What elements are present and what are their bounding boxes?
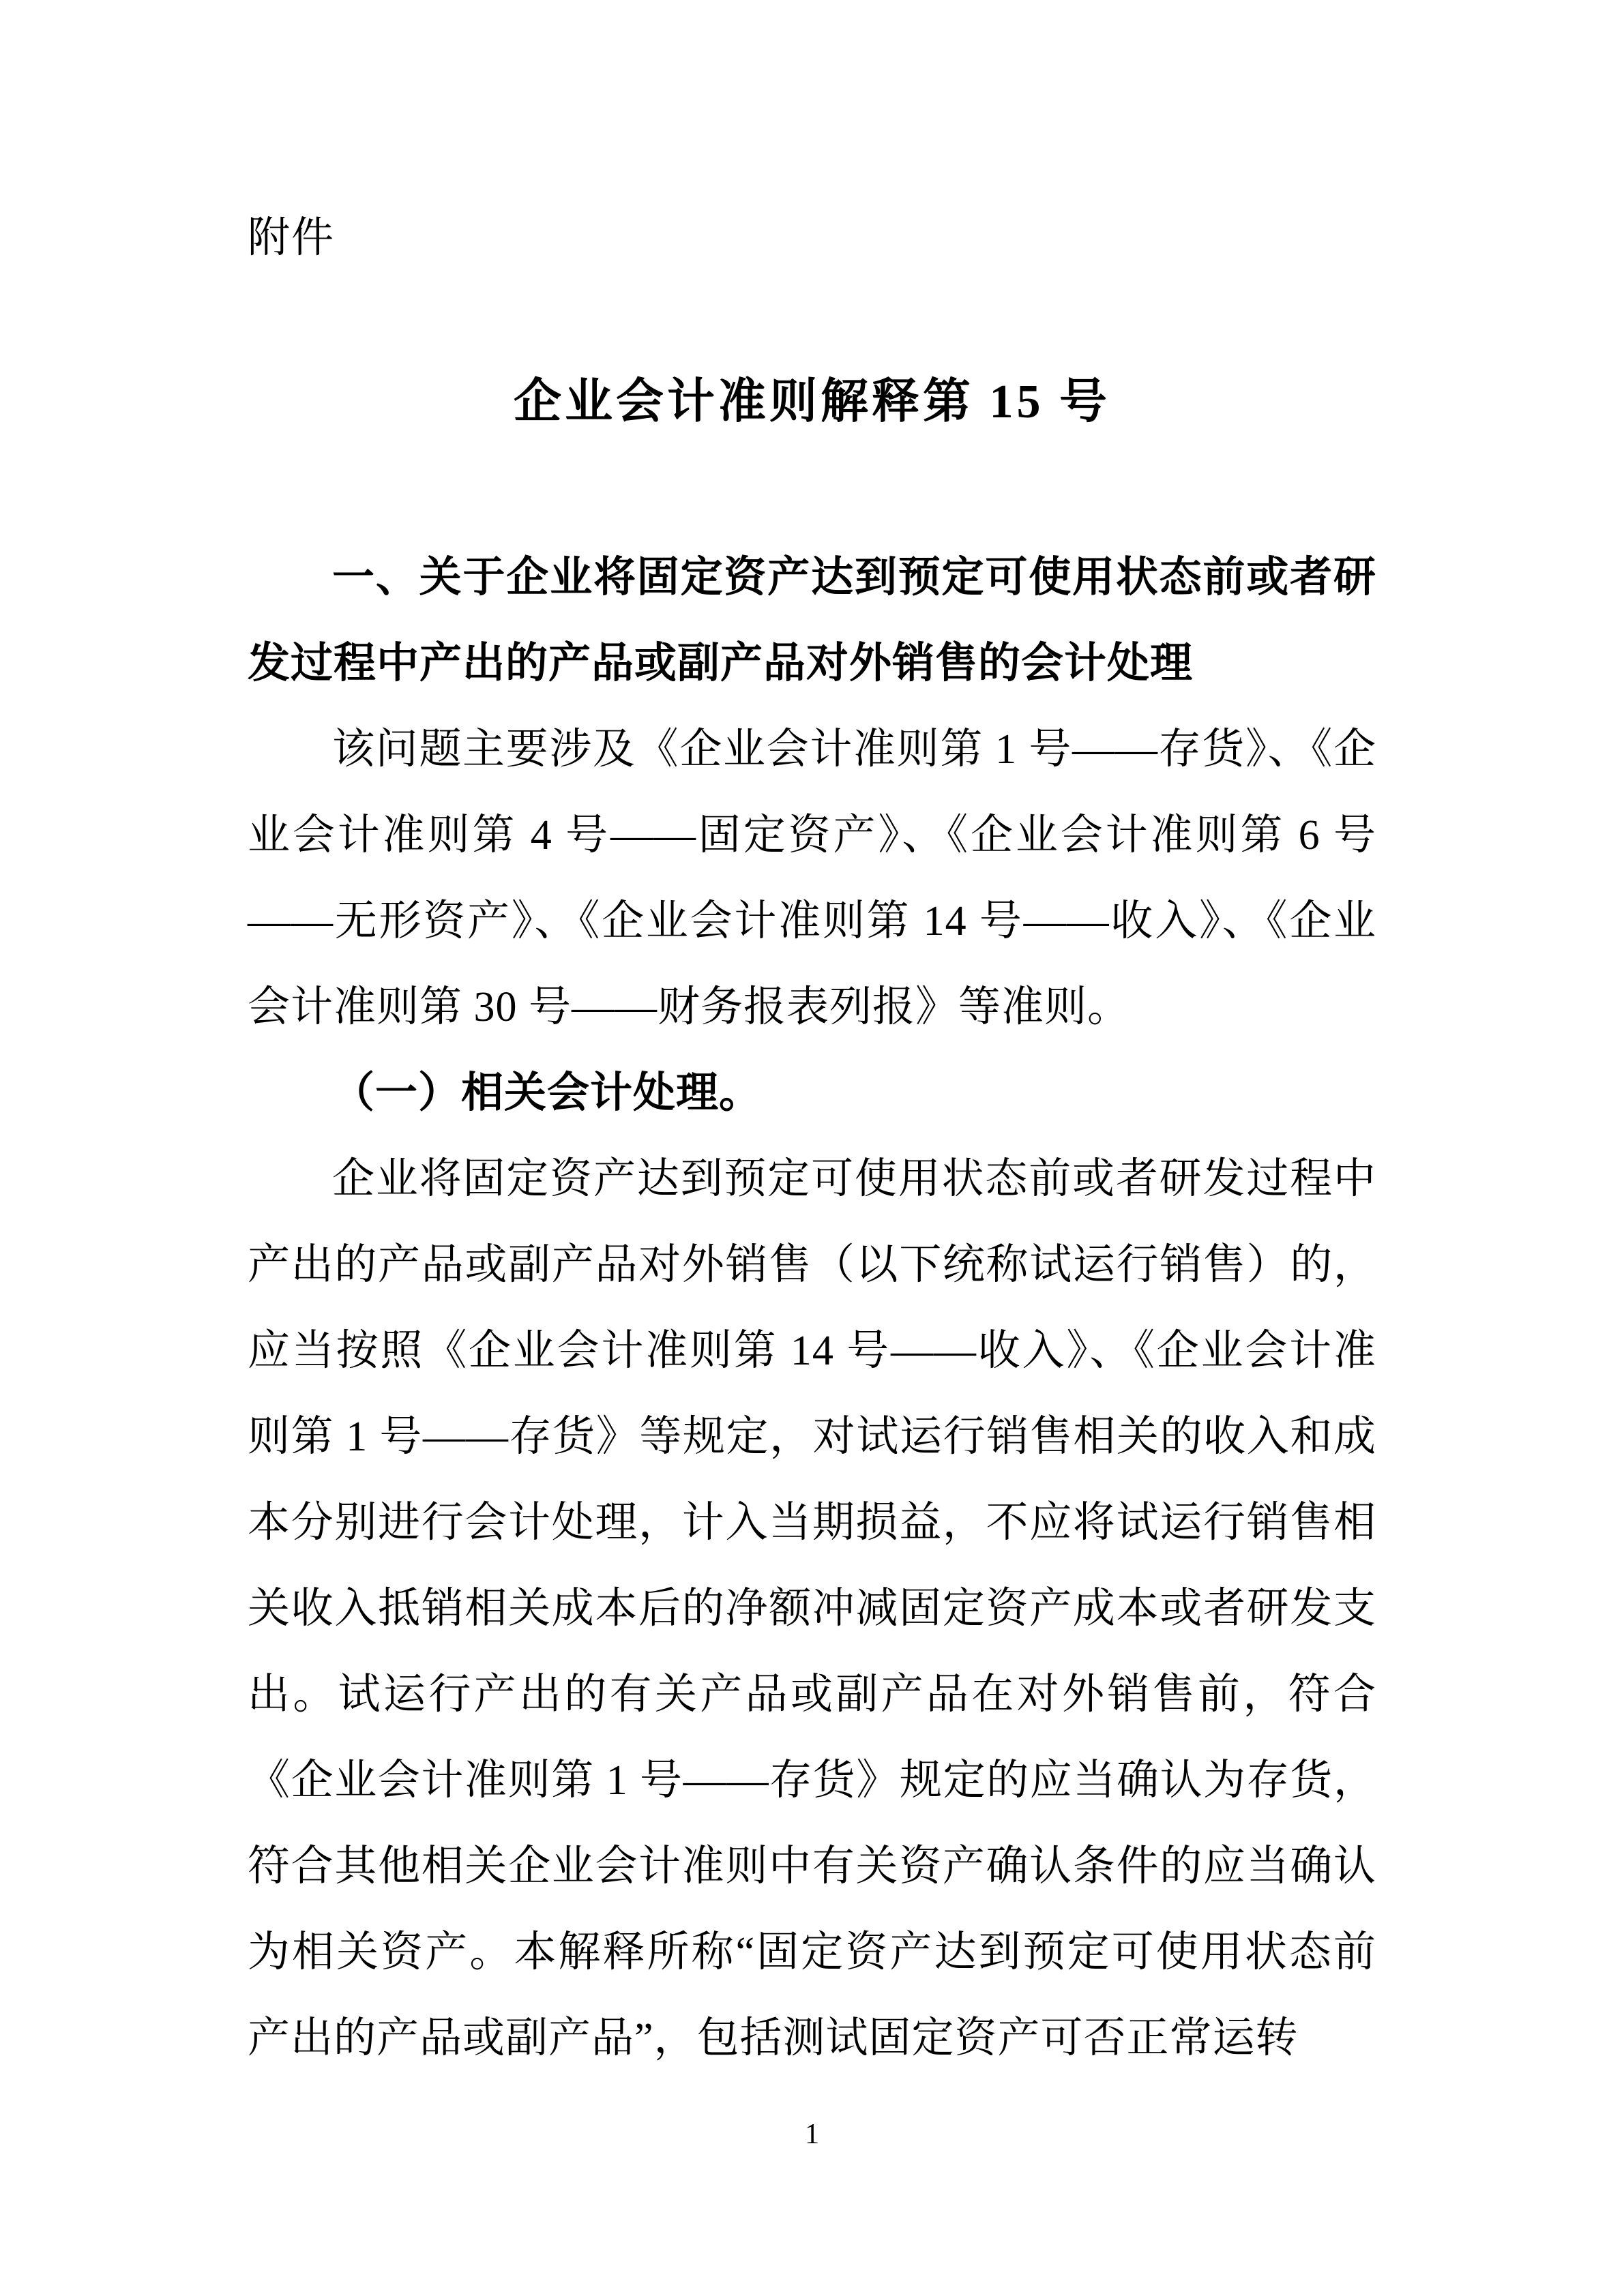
page-content: 附件 企业会计准则解释第 15 号 一、关于企业将固定资产达到预定可使用状态前或… (0, 0, 1624, 2081)
paragraph-standards-involved: 该问题主要涉及《企业会计准则第 1 号——存货》、《企业会计准则第 4 号——固… (248, 706, 1376, 1050)
attachment-label: 附件 (248, 195, 1376, 281)
page-number: 1 (0, 2118, 1624, 2151)
sub-heading-accounting-treatment: （一）相关会计处理。 (248, 1050, 1376, 1136)
paragraph-accounting-treatment: 企业将固定资产达到预定可使用状态前或者研发过程中产出的产品或副产品对外销售（以下… (248, 1136, 1376, 2081)
section-heading: 一、关于企业将固定资产达到预定可使用状态前或者研发过程中产出的产品或副产品对外销… (248, 535, 1376, 706)
document-page: { "doc": { "attachment_label": "附件", "ti… (0, 0, 1624, 2296)
document-title: 企业会计准则解释第 15 号 (248, 359, 1376, 445)
